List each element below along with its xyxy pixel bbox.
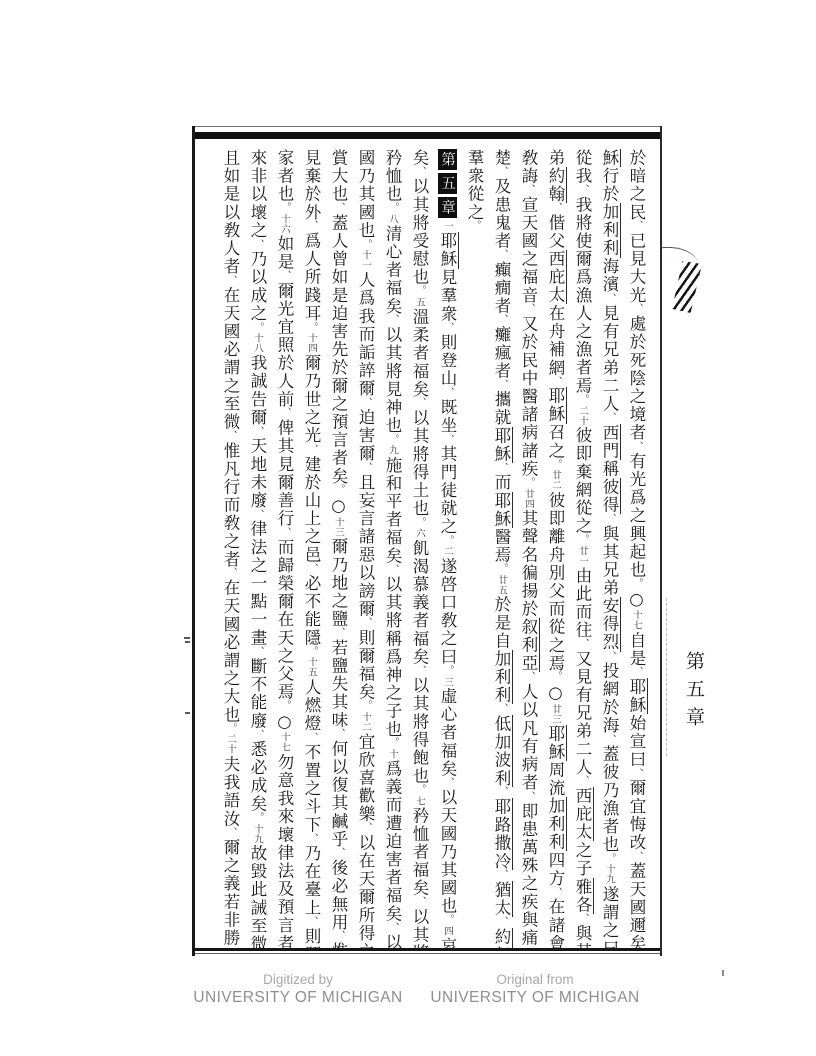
verse-number: 四: [442, 926, 453, 936]
watermark-original: Original from UNIVERSITY OF MICHIGAN: [415, 972, 655, 1007]
punctuation-mark: 、: [360, 397, 371, 409]
verse-number: 十九: [604, 864, 615, 884]
proper-noun: 低加波利: [492, 715, 513, 787]
text-run: 蓋人曾如是迫害先於爾之預言者矣: [329, 214, 348, 486]
verse-number: 廿五: [496, 575, 507, 595]
text-run: 以其將得飽也: [410, 677, 429, 786]
verse-number: 二: [442, 546, 453, 556]
text-run: 以天: [383, 934, 402, 949]
text-run: 後必無用: [329, 859, 348, 931]
punctuation-mark: 、: [442, 434, 453, 446]
punctuation-mark: 、: [333, 202, 344, 214]
punctuation-mark: 、: [496, 379, 507, 391]
text-run: 乃在臺上: [302, 845, 321, 917]
punctuation-mark: 、: [496, 462, 507, 474]
punctuation-mark: 、: [577, 184, 588, 196]
frame-bottom-bar: [195, 948, 660, 951]
text-run: 勿意我來壞律法及預言者: [275, 753, 294, 948]
punctuation-mark: 、: [414, 896, 425, 908]
text-run: 在天國必謂之大也: [221, 579, 240, 724]
text-run: 爾乃地之鹽: [329, 538, 348, 629]
punctuation-mark: 。: [387, 202, 398, 214]
verse-number: 廿一: [577, 546, 588, 566]
text-run: 其聲名徧揚於: [519, 510, 538, 619]
text-run: 既坐: [438, 398, 457, 434]
punctuation-mark: 、: [577, 775, 588, 787]
text-run: 建於山上之邑: [302, 455, 321, 564]
text-run: 已見大光: [627, 232, 646, 304]
punctuation-mark: 。: [306, 322, 317, 334]
proper-noun: 耶穌: [546, 387, 567, 423]
frame-bottom-rule: [195, 953, 660, 954]
punctuation-mark: 、: [252, 426, 263, 438]
punctuation-mark: 、: [631, 851, 642, 863]
text-run: 宣天國之福音: [519, 196, 538, 305]
proper-noun: 耶穌: [546, 725, 567, 761]
text-run: 稱: [600, 460, 619, 478]
punctuation-mark: 、: [523, 671, 534, 683]
text-run: 自是: [627, 631, 646, 667]
punctuation-mark: 、: [414, 166, 425, 178]
punctuation-mark: 、: [604, 412, 615, 424]
punctuation-mark: 、: [306, 220, 317, 232]
punctuation-mark: 、: [360, 822, 371, 834]
text-run: 我誠告爾: [248, 354, 267, 426]
punctuation-mark: 。: [577, 394, 588, 406]
text-run: 以天國乃其國也: [438, 789, 457, 916]
text-run: 從我: [573, 149, 592, 185]
punctuation-mark: 、: [496, 249, 507, 261]
punctuation-mark: 。: [387, 737, 398, 749]
text-run: 偕父: [546, 214, 565, 250]
proper-noun: 加利利: [492, 650, 513, 704]
punctuation-mark: 、: [360, 462, 371, 474]
text-run: 敎誨: [519, 149, 538, 185]
punctuation-mark: 、: [387, 314, 398, 326]
punctuation-mark: 、: [496, 869, 507, 881]
punctuation-mark: 、: [360, 617, 371, 629]
watermark-digitized-line2: UNIVERSITY OF MICHIGAN: [178, 989, 418, 1007]
text-run: 人爲我而詬誶爾: [356, 271, 375, 398]
text-run: 以其將得土也: [410, 409, 429, 518]
text-run: 則爾福矣: [356, 629, 375, 701]
punctuation-mark: 、: [279, 270, 290, 282]
frame-top-rule: [195, 126, 660, 127]
text-column: 賞大也、蓋人曾如是迫害先於爾之預言者矣。○十三爾乃地之鹽、若鹽失其味、何以復其鹹…: [325, 149, 352, 944]
margin-chapter-tab: 第五章: [681, 651, 708, 735]
text-run: 清心者福矣: [383, 225, 402, 316]
text-column: 於暗之民、已見大光、處於死陰之境者、有光爲之興起也。○十七自是、耶穌始宣曰、爾宜…: [623, 149, 650, 944]
proper-noun: 耶穌: [627, 678, 648, 714]
text-run: 以其將受慰也: [410, 178, 429, 287]
punctuation-mark: 、: [631, 768, 642, 780]
margin-dashed-rule: [666, 598, 667, 756]
hatched-stamp-mark: [672, 261, 702, 313]
punctuation-mark: 、: [631, 441, 642, 453]
text-run: 溫柔者福矣: [410, 308, 429, 399]
verse-number: 八: [387, 214, 398, 224]
text-column: 矜恤也。八清心者福矣、以其將見神也。九施和平者福矣、以其將稱爲神之子也。十爲義而…: [379, 149, 406, 944]
verse-number: 六: [414, 528, 425, 538]
punctuation-mark: 。: [442, 535, 453, 547]
verse-number: 十六: [279, 214, 290, 234]
text-run: 矣: [410, 149, 429, 167]
text-run: 於是自: [492, 596, 511, 650]
punctuation-mark: 、: [496, 314, 507, 326]
verse-number: 十: [387, 749, 398, 759]
punctuation-mark: 、: [577, 638, 588, 650]
text-run: 彼即離舟別父而從之焉: [546, 491, 565, 672]
verse-number: 三: [442, 677, 453, 687]
punctuation-mark: 。: [604, 853, 615, 865]
text-run: 乃以成之: [248, 250, 267, 322]
proper-noun: 約翰: [546, 167, 567, 203]
text-run: ○: [546, 683, 565, 704]
proper-noun: 耶穌: [492, 492, 513, 528]
text-run: 癱瘋者: [492, 326, 511, 380]
text-run: 賞大也: [329, 149, 348, 203]
punctuation-mark: 。: [414, 784, 425, 796]
text-run: 始宣曰: [627, 714, 646, 768]
verse-number: 九: [387, 445, 398, 455]
punctuation-mark: 、: [604, 293, 615, 305]
text-run: 投網於海: [600, 662, 619, 734]
text-run: 海濱: [600, 258, 619, 294]
verse-number: 五: [414, 297, 425, 307]
verse-number: 十一: [360, 250, 371, 270]
text-run: 楚: [492, 149, 511, 167]
punctuation-mark: 、: [387, 564, 398, 576]
punctuation-mark: 、: [333, 728, 344, 740]
text-run: 由此而往: [573, 567, 592, 639]
text-run: 爲人所踐耳: [302, 232, 321, 323]
text-run: 與其兄: [573, 924, 592, 948]
edge-mark: [184, 637, 190, 639]
punctuation-mark: 、: [306, 833, 317, 845]
text-run: 矜恤也: [383, 149, 402, 203]
punctuation-mark: 。: [442, 665, 453, 677]
verse-number: 十七: [279, 732, 290, 752]
punctuation-mark: 。: [523, 477, 534, 489]
text-run: 惟凡行而敎之者: [221, 442, 240, 569]
proper-noun: 雅各: [573, 878, 594, 914]
text-run: 悉必成矣: [248, 740, 267, 812]
punctuation-mark: 、: [306, 916, 317, 928]
text-column: 家者也。十六如是、爾光宜照於人前、俾其見爾善行、而歸榮爾在天之父焉。○十七勿意我…: [271, 149, 298, 944]
text-run: 而歸榮爾在天之父焉: [275, 538, 294, 701]
punctuation-mark: 、: [496, 166, 507, 178]
text-run: 以其將稱爲神之子也: [383, 575, 402, 738]
text-column: 且如是以敎人者、在天國必謂之至微、惟凡行而敎之者、在天國必謂之大也。二十夫我語汝…: [217, 149, 244, 944]
punctuation-mark: 、: [414, 665, 425, 677]
proper-noun: 安得烈: [600, 597, 621, 651]
text-run: 爾之義若非勝: [221, 838, 240, 947]
vertical-text-block: 於暗之民、已見大光、處於死陰之境者、有光爲之興起也。○十七自是、耶穌始宣曰、爾宜…: [195, 139, 660, 948]
text-run: 羣衆從之: [465, 149, 484, 221]
punctuation-mark: 、: [496, 916, 507, 928]
punctuation-mark: 。: [577, 534, 588, 546]
text-run: 矜恤者福矣: [410, 807, 429, 898]
punctuation-mark: 、: [496, 786, 507, 798]
watermark-original-line2: UNIVERSITY OF MICHIGAN: [415, 989, 655, 1007]
punctuation-mark: 。: [252, 812, 263, 824]
text-run: 施和平者福矣: [383, 456, 402, 565]
proper-noun: 西庇太: [546, 250, 567, 304]
punctuation-mark: 、: [225, 567, 236, 579]
punctuation-mark: 、: [631, 303, 642, 315]
text-run: 見有兄弟二人: [600, 304, 619, 413]
edge-mark: [722, 970, 724, 976]
text-run: 哀慟者福: [438, 937, 457, 948]
punctuation-mark: 。: [360, 239, 371, 251]
text-column: 敎誨、宣天國之福音、又於民中醫諸病諸疾。廿四其聲名徧揚於叙利亞、人以凡有病者、即…: [515, 149, 542, 944]
punctuation-mark: 、: [225, 827, 236, 839]
text-column: 從我、我將使爾爲漁人之漁者焉。二十彼即棄網從之。廿一由此而往、又見有兄弟二人、西…: [569, 149, 596, 944]
text-column: 國乃其國也。十一人爲我而詬誶爾、迫害爾、且妄言諸惡以謗爾、則爾福矣。十二宜欣喜歡…: [352, 149, 379, 944]
text-run: 飢渴慕義者福矣: [410, 539, 429, 666]
frame-top-bar: [195, 132, 660, 139]
text-run: 召之: [546, 424, 565, 460]
punctuation-mark: 。: [387, 434, 398, 446]
punctuation-mark: 、: [252, 239, 263, 251]
text-run: 天地未廢: [248, 437, 267, 509]
text-run: 我將使爾爲漁人之漁者焉: [573, 196, 592, 395]
text-run: 則照凡在: [302, 928, 321, 948]
text-run: 及患鬼者: [492, 178, 511, 250]
text-run: 處於死陰之境者: [627, 315, 646, 442]
text-run: 遂謂之曰: [600, 885, 619, 948]
text-run: ○: [329, 496, 348, 517]
proper-noun: 加利利: [546, 797, 567, 851]
text-run: 何以復其鹹乎: [329, 740, 348, 849]
text-run: 俾其見爾善行: [275, 419, 294, 528]
text-run: 遂啓口敎之曰: [438, 557, 457, 666]
watermark-digitized: Digitized by UNIVERSITY OF MICHIGAN: [178, 972, 418, 1007]
text-run: 於暗之民: [627, 149, 646, 221]
watermark-digitized-line1: Digitized by: [178, 972, 418, 987]
text-run: 不置之斗下: [302, 743, 321, 834]
text-run: 在天國必謂之至微: [221, 286, 240, 431]
text-run: 且如是以敎人者: [221, 149, 240, 276]
text-run: 迫害爾: [356, 408, 375, 462]
punctuation-mark: 、: [550, 887, 561, 899]
text-run: 又見有兄弟二人: [573, 650, 592, 777]
text-run: 人以凡有病者: [519, 683, 538, 792]
punctuation-mark: 。: [414, 285, 425, 297]
verse-number: 一: [442, 221, 453, 231]
text-run: 有光爲之興起也: [627, 452, 646, 579]
verse-number: 廿三: [550, 704, 561, 724]
text-run: 則登山: [438, 333, 457, 387]
text-column: 來非以壞之、乃以成之。十八我誠告爾、天地未廢、律法之一點一畫、斷不能廢、悉必成矣…: [244, 149, 271, 944]
punctuation-mark: 、: [550, 202, 561, 214]
text-run: ○: [627, 590, 646, 611]
proper-noun: 西庇太: [573, 787, 594, 841]
punctuation-mark: 、: [333, 847, 344, 859]
punctuation-mark: 。: [469, 220, 480, 232]
proper-noun: 彼得: [600, 478, 621, 514]
text-run: 家者也: [275, 149, 294, 203]
punctuation-mark: 、: [604, 513, 615, 525]
text-run: 以其將見: [410, 908, 429, 948]
punctuation-mark: 。: [279, 202, 290, 214]
text-run: 癲癇者: [492, 261, 511, 315]
text-run: 以在天爾所得之: [356, 834, 375, 948]
verse-number: 二十: [225, 734, 236, 754]
punctuation-mark: 、: [496, 703, 507, 715]
text-column: 見棄於外、爲人所踐耳。十四爾乃世之光、建於山上之邑、必不能隱。十五人燃燈、不置之…: [298, 149, 325, 944]
text-run: 爲義而遭迫害者福矣: [383, 760, 402, 923]
text-run: 四方: [546, 851, 565, 887]
punctuation-mark: 、: [631, 220, 642, 232]
text-run: 虛心者福矣: [438, 688, 457, 779]
text-run: 而: [492, 474, 511, 492]
text-run: 人燃燈: [302, 678, 321, 732]
proper-noun: 西門: [600, 424, 621, 460]
punctuation-mark: 、: [252, 509, 263, 521]
proper-noun: 穌: [600, 149, 621, 167]
punctuation-mark: 。: [496, 563, 507, 575]
text-run: 爾光宜照於人前: [275, 282, 294, 409]
text-run: 攜就: [492, 391, 511, 427]
punctuation-mark: 、: [604, 734, 615, 746]
verse-number: 十四: [306, 333, 317, 353]
text-run: 斷不能廢: [248, 657, 267, 729]
punctuation-mark: 、: [523, 303, 534, 315]
punctuation-mark: 。: [333, 484, 344, 496]
punctuation-mark: 、: [414, 397, 425, 409]
text-column: 羣衆從之。: [461, 149, 488, 944]
proper-noun: 叙利亞: [519, 618, 540, 672]
punctuation-mark: 、: [252, 646, 263, 658]
verse-number: 十八: [252, 333, 263, 353]
punctuation-mark: 、: [306, 444, 317, 456]
text-run: 在舟補網: [546, 304, 565, 376]
punctuation-mark: 。: [306, 646, 317, 658]
punctuation-mark: 。: [631, 578, 642, 590]
text-run: 之子: [573, 841, 592, 877]
text-run: 爾宜悔改: [627, 779, 646, 851]
text-run: 彼即棄網從之: [573, 427, 592, 536]
text-run: 即患萬殊之疾與痛: [519, 802, 538, 947]
punctuation-mark: 、: [442, 322, 453, 334]
text-run: 又於民中醫諸病諸疾: [519, 315, 538, 478]
proper-noun: 約但: [492, 928, 513, 948]
text-column: 第五章一耶穌見羣衆、則登山、既坐、其門徒就之。二遂啓口敎之曰。三虛心者福矣、以天…: [433, 149, 461, 944]
edge-mark: [185, 712, 190, 714]
proper-noun: 耶穌: [492, 427, 513, 463]
text-run: 以其將見神也: [383, 326, 402, 435]
punctuation-mark: 、: [225, 430, 236, 442]
verse-number: 廿四: [523, 489, 534, 509]
punctuation-mark: 、: [252, 729, 263, 741]
text-run: 蓋彼乃漁者也: [600, 745, 619, 854]
punctuation-mark: 。: [225, 723, 236, 735]
edge-mark: [185, 641, 190, 643]
text-frame: 於暗之民、已見大光、處於死陰之境者、有光爲之興起也。○十七自是、耶穌始宣曰、爾宜…: [192, 126, 662, 956]
text-run: 蓋天國邇矣: [627, 862, 646, 948]
punctuation-mark: 、: [577, 913, 588, 925]
chapter-heading-char: 章: [438, 197, 457, 218]
punctuation-mark: 、: [333, 930, 344, 942]
text-run: 來非以壞之: [248, 149, 267, 240]
punctuation-mark: 。: [550, 459, 561, 471]
chapter-heading-char: 第: [438, 149, 457, 170]
text-run: 國乃其國也: [356, 149, 375, 240]
punctuation-mark: 、: [523, 184, 534, 196]
verse-number: 十二: [360, 712, 371, 732]
verse-number: 十九: [252, 824, 263, 844]
punctuation-mark: 、: [279, 407, 290, 419]
verse-number: 十七: [631, 610, 642, 630]
text-run: 必不能隱: [302, 574, 321, 646]
punctuation-mark: 、: [306, 563, 317, 575]
watermark-original-line1: Original from: [415, 972, 655, 987]
text-run: 見羣衆: [438, 269, 457, 323]
punctuation-mark: 、: [523, 791, 534, 803]
text-run: 宜欣喜歡樂: [356, 733, 375, 824]
punctuation-mark: 。: [414, 517, 425, 529]
verse-number: 十三: [333, 517, 344, 537]
punctuation-mark: 。: [279, 700, 290, 712]
punctuation-mark: 、: [333, 627, 344, 639]
chapter-heading-char: 五: [438, 173, 457, 194]
text-run: 行於: [600, 167, 619, 203]
punctuation-mark: 、: [387, 922, 398, 934]
verse-number: 十五: [306, 657, 317, 677]
punctuation-mark: 。: [550, 671, 561, 683]
text-run: 周流: [546, 761, 565, 797]
text-run: 夫我語汝: [221, 755, 240, 827]
text-run: 見棄於外: [302, 149, 321, 221]
punctuation-mark: 。: [252, 322, 263, 334]
text-run: 如是: [275, 235, 294, 271]
punctuation-mark: 、: [306, 732, 317, 744]
punctuation-mark: 、: [279, 527, 290, 539]
verse-number: 廿二: [550, 470, 561, 490]
text-run: 且妄言諸惡以謗爾: [356, 473, 375, 618]
text-run: 與其兄弟: [600, 525, 619, 597]
text-run: ○: [275, 712, 294, 733]
punctuation-mark: 、: [631, 666, 642, 678]
text-run: 律法之一點一畫: [248, 520, 267, 647]
verse-number: 二十: [577, 406, 588, 426]
proper-noun: 耶路撒冷: [492, 798, 513, 870]
text-column: 楚、及患鬼者、癲癇者、癱瘋者、攜就耶穌、而耶穌醫焉。廿五於是自加利利、低加波利、…: [488, 149, 515, 944]
proper-noun: 猶太: [492, 881, 513, 917]
scanned-book-page: 第五章 於暗之民、已見大光、處於死陰之境者、有光爲之興起也。○十七自是、耶穌始宣…: [0, 0, 816, 1056]
punctuation-mark: 、: [442, 777, 453, 789]
proper-noun: 耶穌: [438, 232, 459, 268]
text-run: 在諸會堂: [546, 898, 565, 948]
text-run: 爾乃世之光: [302, 354, 321, 445]
text-run: 弟: [546, 149, 565, 167]
punctuation-mark: 、: [442, 387, 453, 399]
text-run: 若鹽失其味: [329, 639, 348, 730]
text-column: 矣、以其將受慰也。五溫柔者福矣、以其將得土也。六飢渴慕義者福矣、以其將得飽也。七…: [406, 149, 433, 944]
text-run: 故毀此誡至微之一: [248, 845, 267, 949]
text-column: 穌行於加利利海濱、見有兄弟二人、西門稱彼得、與其兄弟安得烈、投網於海、蓋彼乃漁者…: [596, 149, 623, 944]
text-run: 醫焉: [492, 528, 511, 564]
verse-number: 七: [414, 796, 425, 806]
punctuation-mark: 、: [225, 275, 236, 287]
text-column: 弟約翰、偕父西庇太在舟補網、耶穌召之。廿二彼即離舟別父而從之焉。○廿三耶穌周流加…: [542, 149, 569, 944]
punctuation-mark: 、: [550, 376, 561, 388]
punctuation-mark: 。: [442, 914, 453, 926]
proper-noun: 加利利: [600, 203, 621, 257]
punctuation-mark: 。: [360, 700, 371, 712]
punctuation-mark: 、: [604, 651, 615, 663]
